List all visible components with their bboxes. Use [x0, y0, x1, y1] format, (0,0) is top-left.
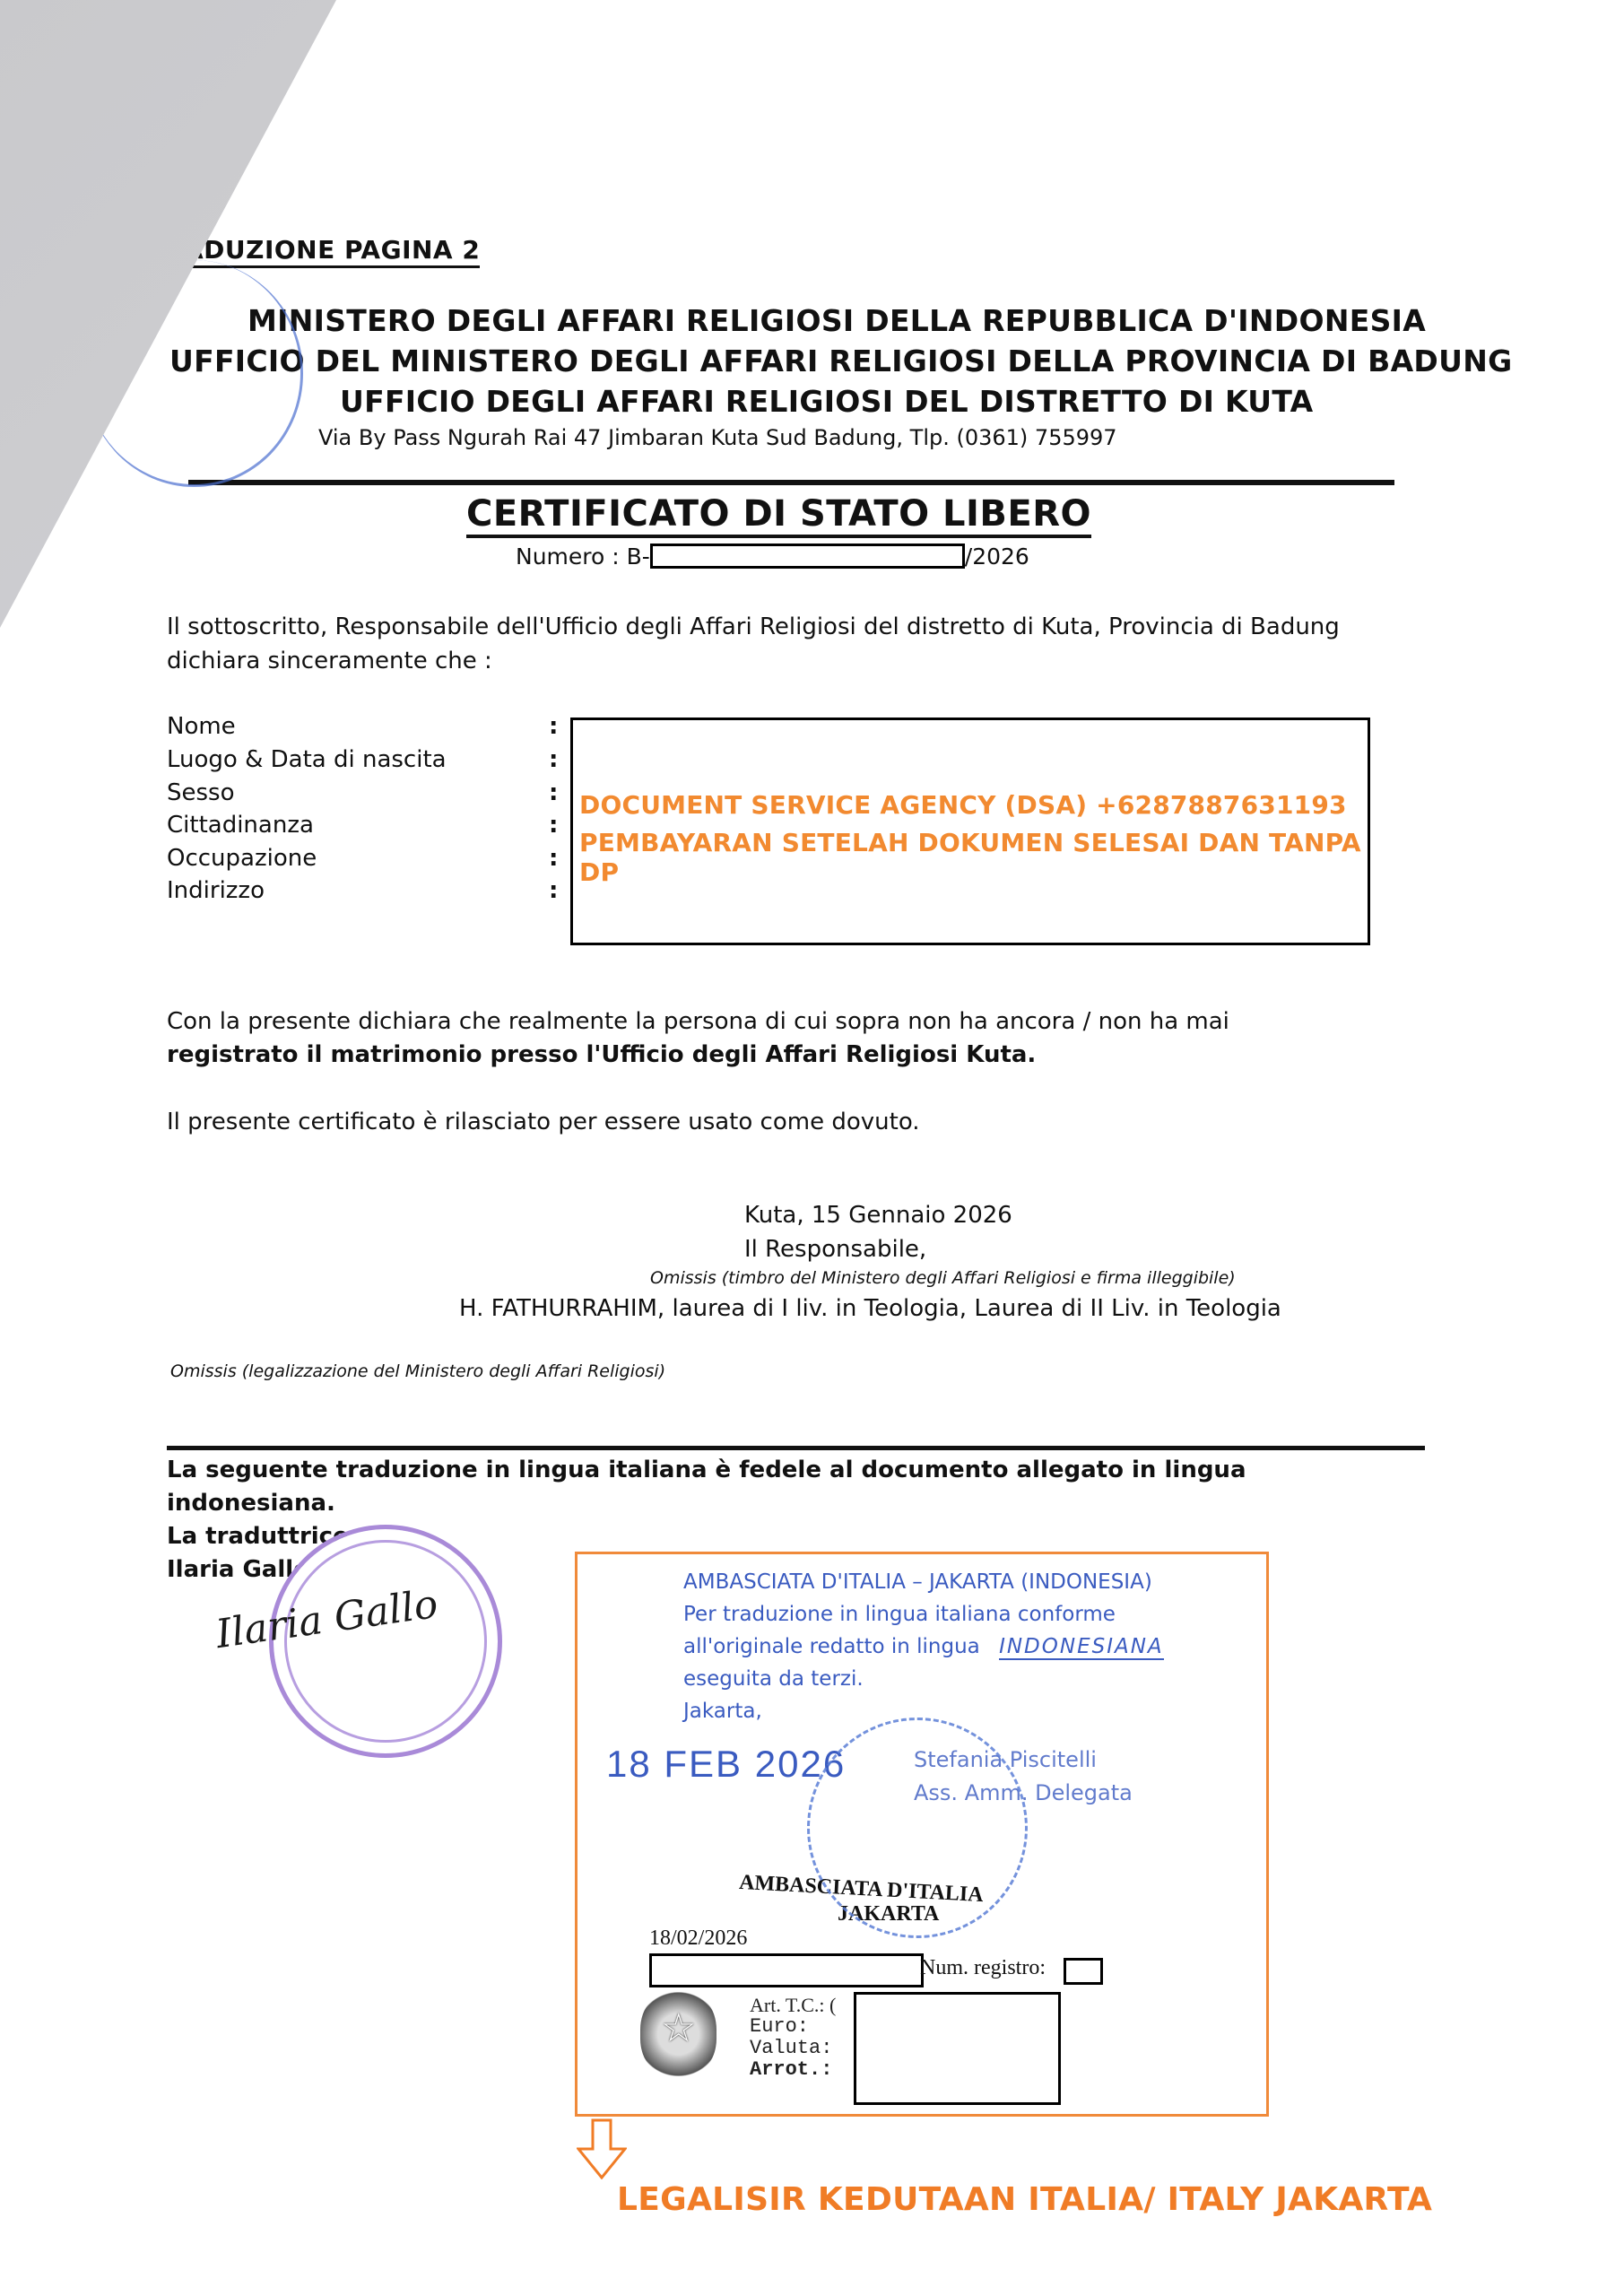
field-label-birth: Luogo & Data di nascita [167, 746, 447, 773]
overlay-ad-line-2: PEMBAYARAN SETELAH DOKUMEN SELESAI DAN T… [579, 828, 1368, 887]
arrot-label: Arrot.: [750, 2058, 832, 2082]
personal-data-redaction-box: DOCUMENT SERVICE AGENCY (DSA) +628788763… [570, 717, 1370, 945]
header-line-2: UFFICIO DEL MINISTERO DEGLI AFFARI RELIG… [169, 344, 1515, 378]
omissis-stamp-note: Omissis (timbro del Ministero degli Affa… [650, 1268, 1236, 1288]
intro-paragraph: Il sottoscritto, Responsabile dell'Uffic… [167, 610, 1427, 678]
translator-statement-1: La seguente traduzione in lingua italian… [167, 1453, 1422, 1487]
embassy-seal [807, 1718, 1028, 1938]
declaration-line-1: Con la presente dichiara che realmente l… [167, 1004, 1422, 1039]
date-stamp: 18 FEB 2026 [606, 1743, 846, 1786]
header-address: Via By Pass Ngurah Rai 47 Jimbaran Kuta … [318, 425, 1624, 450]
omissis-legalization-note: Omissis (legalizzazione del Ministero de… [170, 1361, 665, 1381]
header-line-3: UFFICIO DEGLI AFFARI RELIGIOSI DEL DISTR… [340, 384, 1624, 419]
handwritten-language: INDONESIANA [999, 1635, 1164, 1660]
field-label-indirizzo: Indirizzo [167, 877, 265, 904]
embassy-line-4: eseguita da terzi. [683, 1667, 864, 1691]
place-date: Kuta, 15 Gennaio 2026 [744, 1202, 1012, 1229]
signatory-name: H. FATHURRAHIM, laurea di I liv. in Teol… [459, 1295, 1281, 1322]
euro-label: Euro: [750, 2015, 809, 2039]
signatory-role: Il Responsabile, [744, 1236, 926, 1263]
document-number: Numero : B-/2026 [516, 544, 1029, 572]
document-title: CERTIFICATO DI STATO LIBERO [466, 493, 1091, 538]
valuta-label: Valuta: [750, 2037, 832, 2060]
declaration-line-2: registrato il matrimonio presso l'Uffici… [167, 1038, 1422, 1072]
overlay-ad-line-1: DOCUMENT SERVICE AGENCY (DSA) +628788763… [579, 790, 1347, 820]
field-colon: : [549, 746, 558, 773]
translator-statement-2: indonesiana. [167, 1486, 1422, 1520]
embassy-line-1: AMBASCIATA D'ITALIA – JAKARTA (INDONESIA… [683, 1570, 1152, 1594]
header-line-1: MINISTERO DEGLI AFFARI RELIGIOSI DELLA R… [248, 303, 1593, 338]
translation-divider [167, 1446, 1425, 1450]
field-colon: : [549, 713, 558, 740]
page-label: ADUZIONE PAGINA 2 [184, 235, 480, 268]
field-label-nome: Nome [167, 713, 236, 740]
fee-redaction [854, 1992, 1061, 2105]
italy-emblem-star-icon: ☆ [661, 2005, 696, 2051]
art-label: Art. T.C.: ( [750, 1994, 836, 2017]
header-divider [188, 480, 1394, 485]
field-label-sesso: Sesso [167, 779, 235, 806]
embassy-line-5: Jakarta, [683, 1700, 762, 1723]
registro-label: Num. registro: [920, 1956, 1046, 1980]
registro-redaction [1064, 1958, 1103, 1985]
embassy-line-2: Per traduzione in lingua italiana confor… [683, 1603, 1116, 1626]
bottom-caption: LEGALISIR KEDUTAAN ITALIA/ ITALY JAKARTA [617, 2181, 1432, 2218]
field-label-occupazione: Occupazione [167, 845, 317, 872]
number-prefix: Numero : B- [516, 544, 650, 570]
down-arrow-icon [577, 2118, 627, 2179]
usage-statement: Il presente certificato è rilasciato per… [167, 1105, 1422, 1139]
field-label-cittadinanza: Cittadinanza [167, 812, 314, 839]
embassy-line-3: all'originale redatto in lingua INDONESI… [683, 1635, 1164, 1658]
field-colon: : [549, 812, 558, 839]
field-colon: : [549, 845, 558, 872]
printed-date: 18/02/2026 [649, 1926, 747, 1951]
number-suffix: /2026 [965, 544, 1029, 570]
field-colon: : [549, 779, 558, 806]
field-colon: : [549, 877, 558, 904]
printed-info-redaction [649, 1953, 924, 1987]
number-redaction [650, 544, 965, 569]
embassy-line-3-text: all'originale redatto in lingua [683, 1635, 980, 1658]
